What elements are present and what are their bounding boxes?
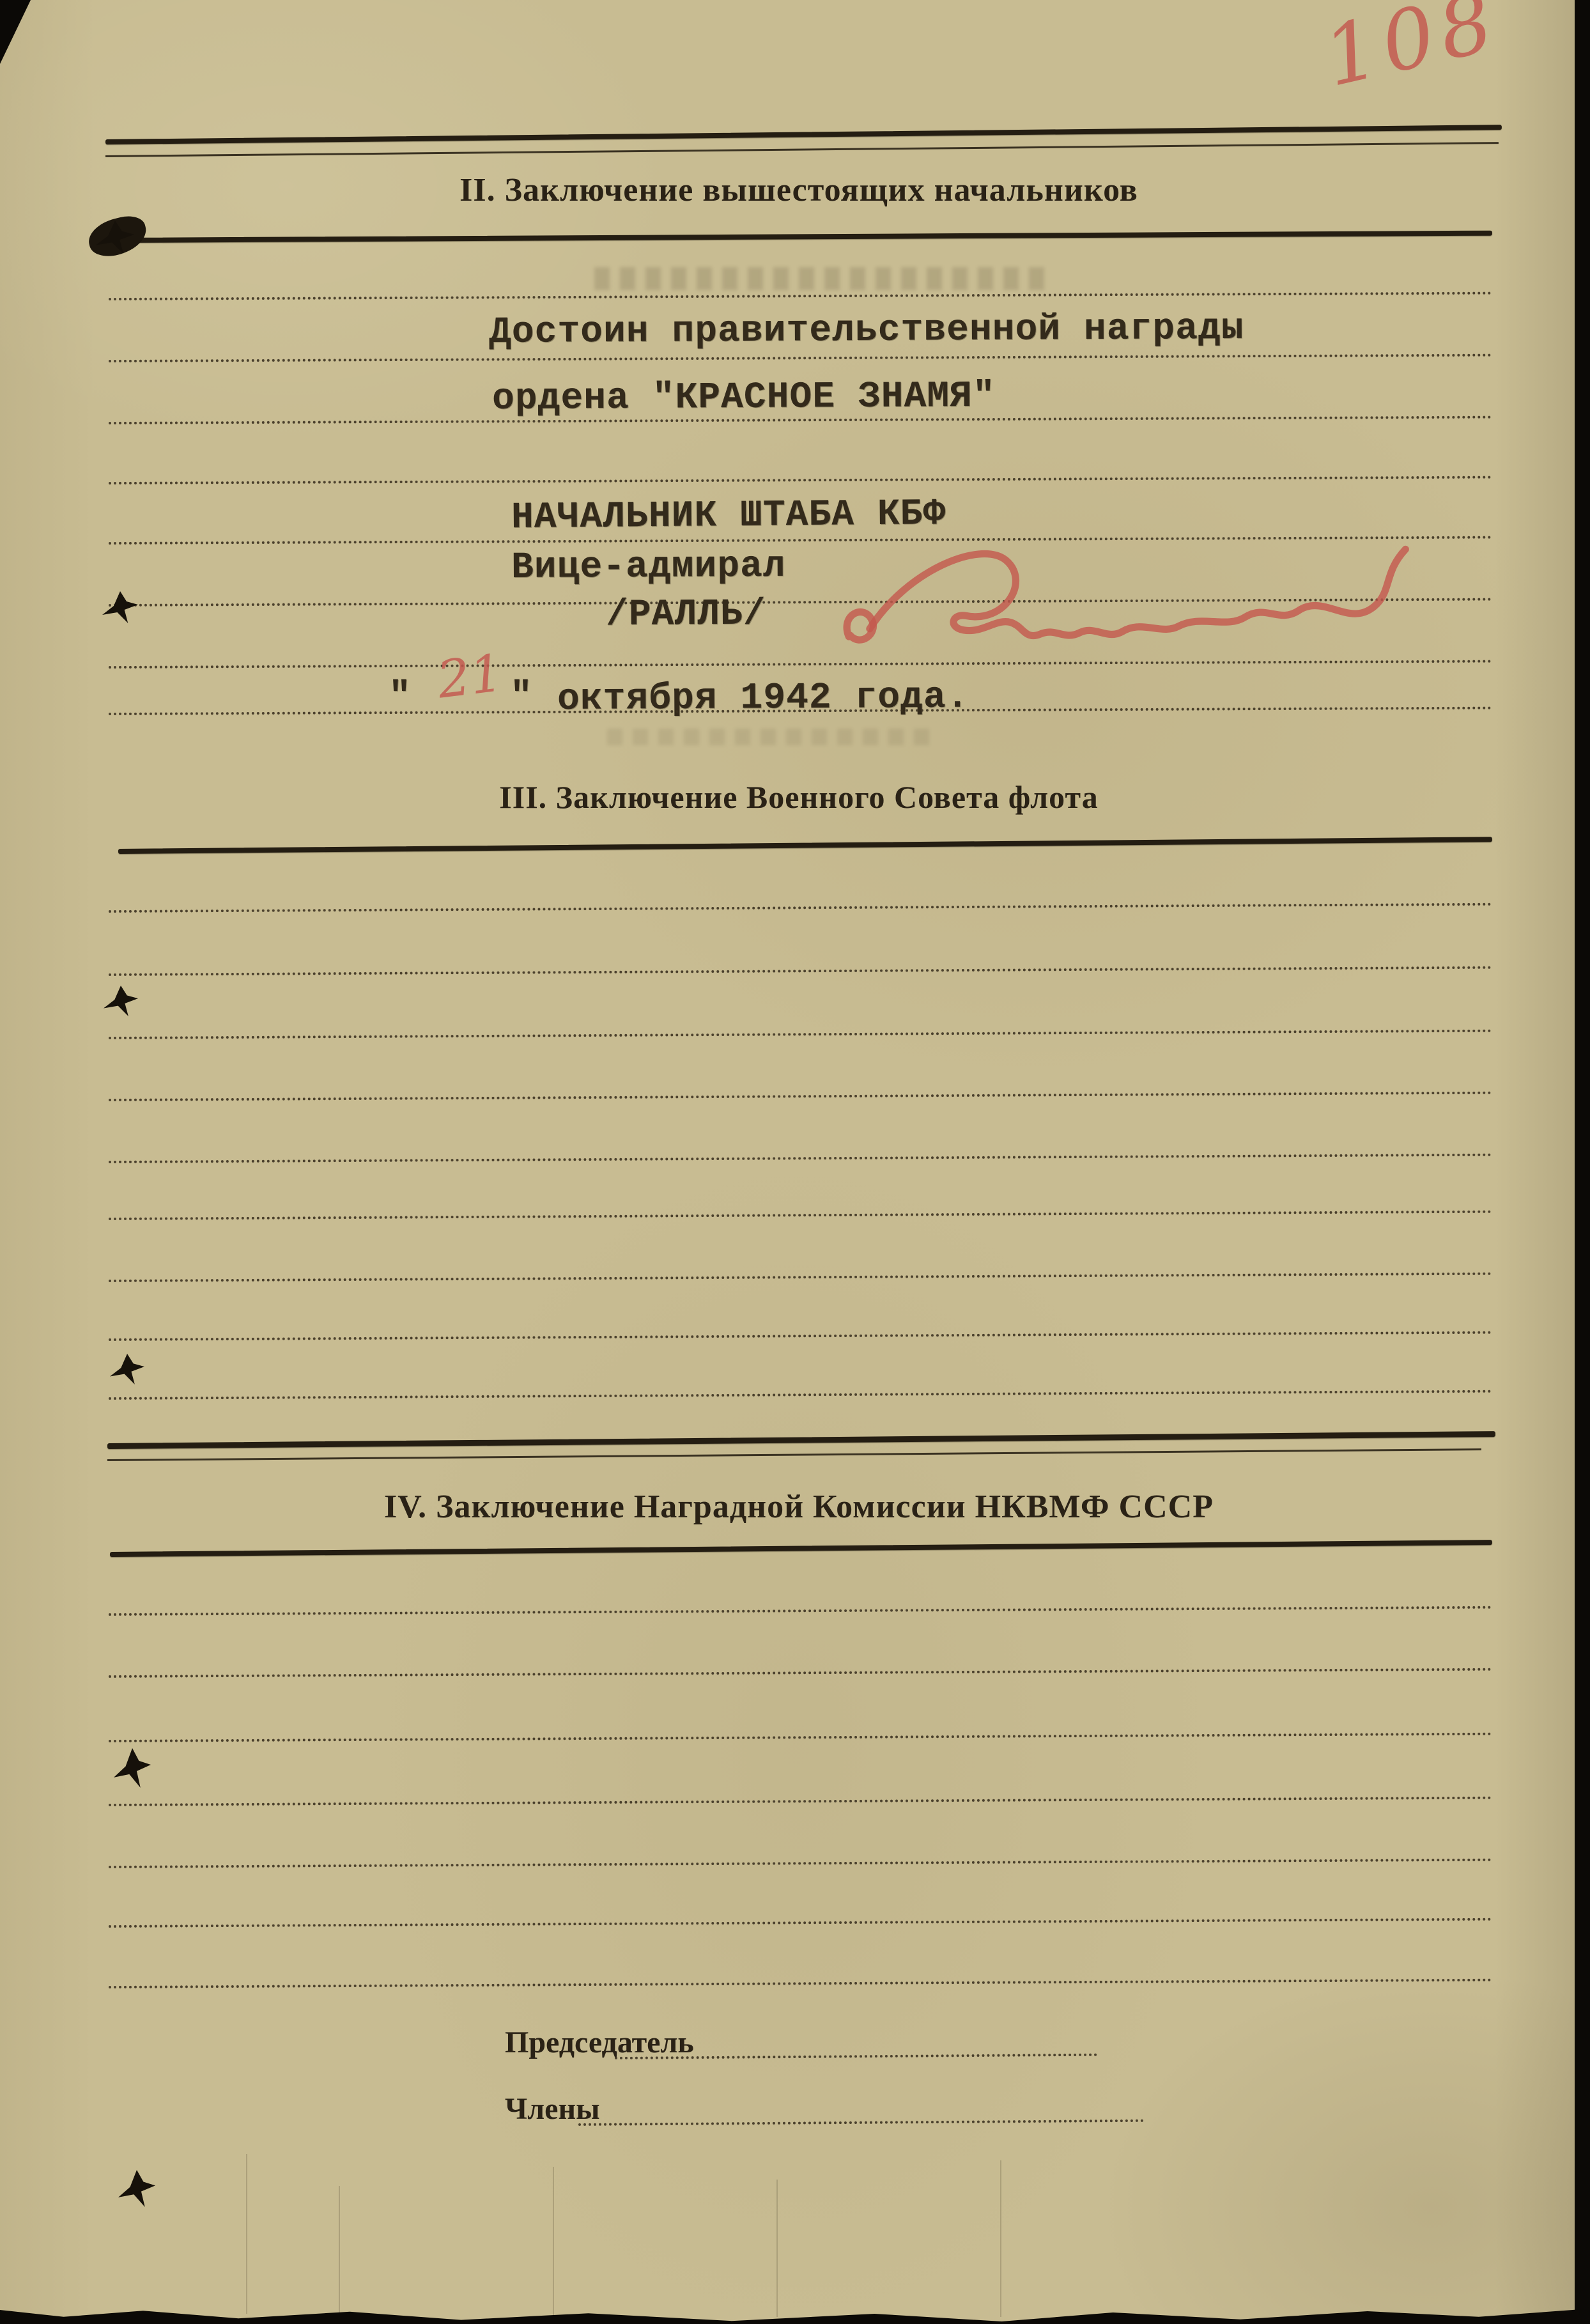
paper-crease [1000, 2160, 1001, 2317]
ruled-line [109, 1668, 1492, 1678]
members-signature-line [578, 2119, 1144, 2126]
punch-hole [104, 986, 138, 1016]
signer-rank: Вице-адмирал [511, 546, 786, 589]
paper-crease [553, 2167, 554, 2317]
ruled-line [109, 1331, 1492, 1341]
date-day-handwritten: 21 [434, 643, 506, 710]
paper-crease [246, 2154, 247, 2314]
ruled-line [109, 1606, 1492, 1616]
members-label: Члены [505, 2091, 600, 2126]
paper-crease [339, 2186, 340, 2314]
scan-edge-right [1575, 0, 1590, 2324]
conclusion-text-line-1: Достоин правительственной награды [489, 308, 1244, 353]
ruled-line [109, 1390, 1492, 1400]
signature-scrawl [808, 529, 1460, 676]
top-rule-thick [105, 125, 1502, 144]
paper-crease [776, 2180, 778, 2317]
section-ii-underline [110, 231, 1492, 243]
punch-hole [110, 1354, 144, 1384]
ruled-line [109, 1859, 1492, 1868]
section-iv-heading: IV. Заключение Наградной Комиссии НКВМФ … [109, 1488, 1489, 1526]
ink-bleed-ghost [594, 267, 1048, 290]
ruled-line [109, 1154, 1492, 1163]
chairman-label: Председатель [505, 2025, 694, 2060]
ruled-line [109, 354, 1492, 362]
ink-bleed-ghost [607, 729, 939, 745]
ruled-line [109, 1030, 1492, 1039]
ruled-line [109, 1979, 1492, 1988]
conclusion-text-line-2: ордена "КРАСНОЕ ЗНАМЯ" [492, 376, 996, 420]
ruled-line [109, 1092, 1492, 1101]
ruled-line [109, 1273, 1492, 1282]
ruled-line [109, 1211, 1492, 1220]
mid-rule-thick [107, 1431, 1495, 1449]
ruled-line [109, 966, 1492, 976]
ruled-line [109, 903, 1492, 913]
signer-name: /РАЛЛЬ/ [606, 594, 766, 636]
scan-corner-top-left [0, 0, 31, 64]
ruled-line [109, 476, 1492, 484]
punch-hole [114, 1748, 151, 1788]
section-iii-heading: III. Заключение Военного Совета флота [109, 779, 1489, 816]
ruled-line [109, 292, 1492, 300]
punch-hole [102, 591, 138, 623]
mid-rule-thin [107, 1448, 1481, 1461]
ruled-line [109, 1797, 1492, 1806]
section-ii-heading: II. Заключение вышестоящих начальников [109, 171, 1489, 209]
section-iii-underline [118, 837, 1492, 854]
punch-hole [118, 2170, 155, 2207]
scan-edge-bottom [0, 2298, 1590, 2324]
ruled-line [109, 1733, 1492, 1742]
top-rule-thin [105, 142, 1499, 157]
page-number-handwritten: 108 [1315, 0, 1508, 105]
section-iv-underline [110, 1540, 1492, 1557]
scanned-award-sheet-page: 108 II. Заключение вышестоящих начальник… [0, 0, 1590, 2324]
ruled-line [109, 1918, 1492, 1928]
date-text: октября 1942 года. [557, 677, 969, 720]
